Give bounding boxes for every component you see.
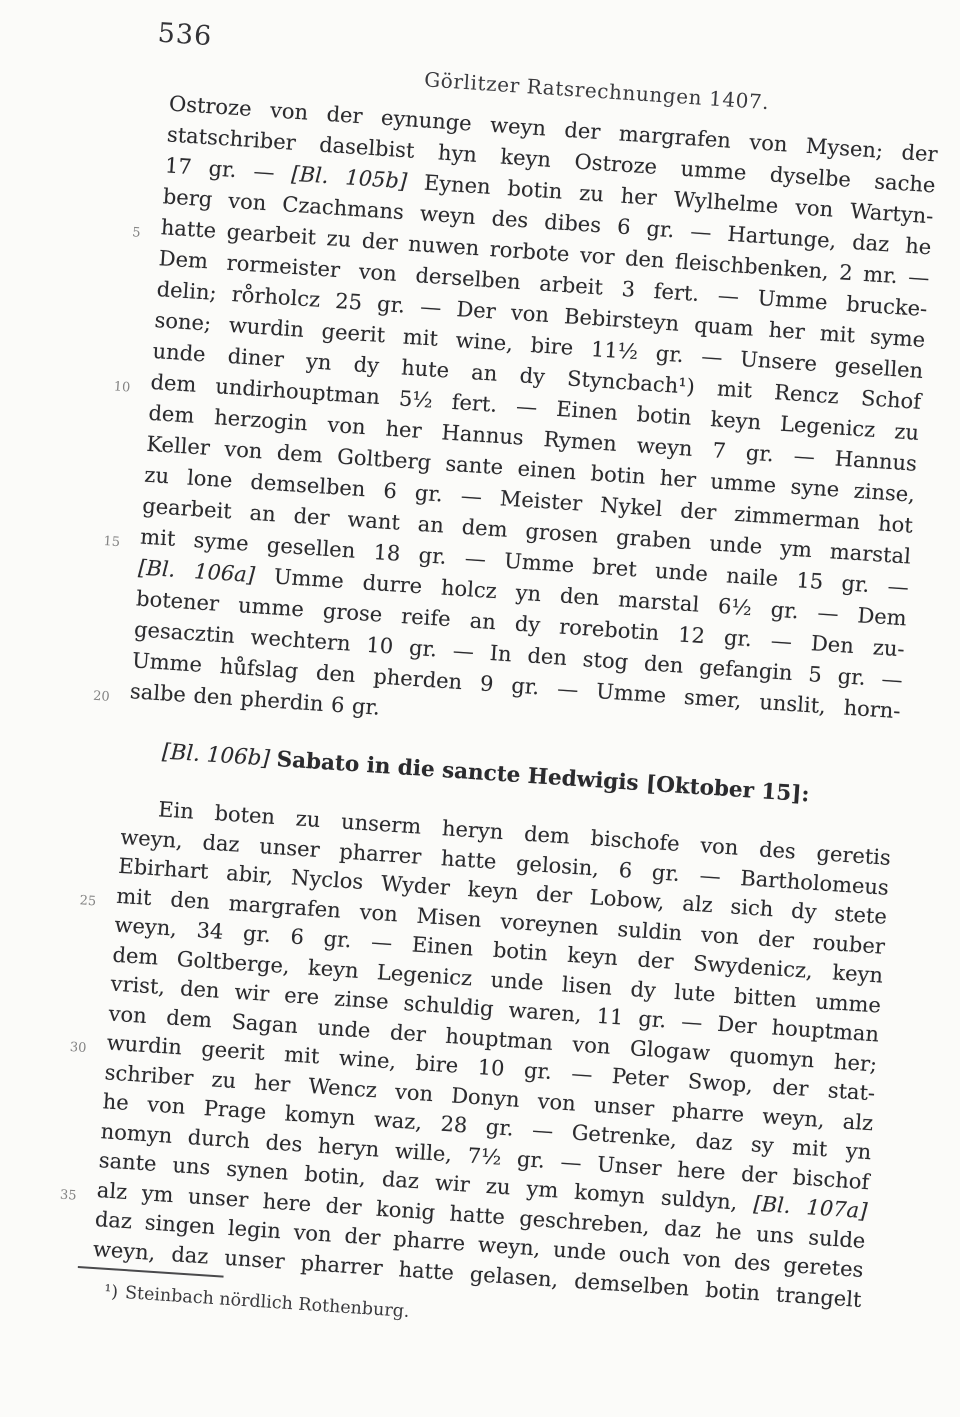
book-page-scan: { "page": { "number": "536", "running_ti… [0,0,960,1417]
footnote-marker: ¹) [104,1282,119,1303]
text-segment: [Bl. 105b] [291,162,408,194]
footnote-text: Steinbach nördlich Rothenburg. [124,1283,410,1322]
margin-line-number: 10 [103,371,131,404]
margin-line-number: 35 [50,1180,78,1211]
paragraph-account-entries-1: Ostroze von der eynunge weyn der margraf… [129,88,938,758]
text-segment: [Bl. 106b] [161,739,277,772]
margin-line-number: 15 [93,525,121,558]
text-segment: [Bl. 106a] [138,555,256,587]
margin-line-number: 25 [69,885,97,916]
running-title: Görlitzer Ratsrechnungen 1407. [424,67,771,114]
text-segment: [Bl. 107a] [753,1192,868,1224]
text-block: Ostroze von der eynunge weyn der margraf… [90,88,939,1351]
margin-line-number: 5 [114,216,142,249]
margin-line-number: 20 [83,680,111,713]
page-number: 536 [157,18,213,53]
scanned-page-content: 536 Görlitzer Ratsrechnungen 1407. Ostro… [50,14,944,1352]
text-segment: 17 gr. — [164,153,292,185]
text-segment: Sabato in die sancte Hedwigis [Oktober 1… [276,747,810,807]
margin-line-number: 30 [59,1032,87,1063]
paragraph-account-entries-2: Ein boten zu unserm heryn dem bischofe v… [92,793,892,1315]
